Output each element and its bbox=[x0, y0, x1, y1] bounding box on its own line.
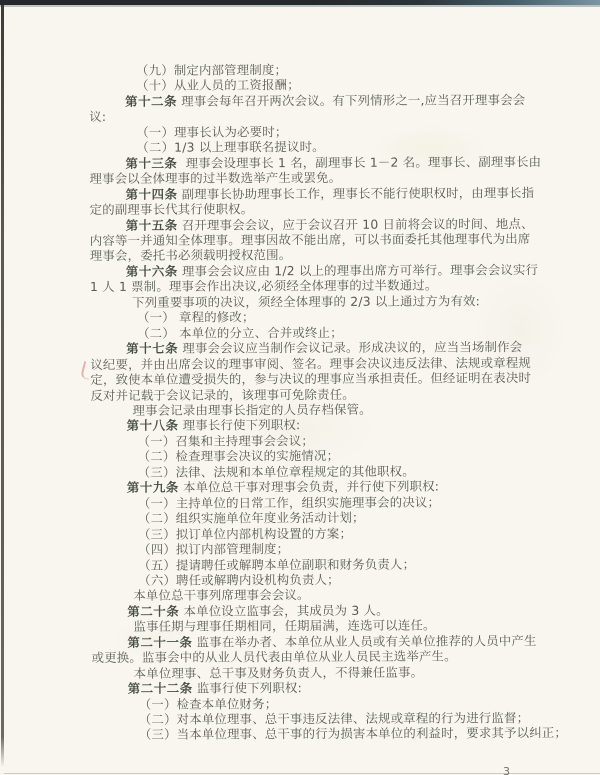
line-text: 副理事长协助理事长工作，理事长不能行使职权时，由理事长指 bbox=[178, 185, 535, 202]
line-text: 理事长行使下列职权: bbox=[179, 418, 301, 434]
line-text: 理事会会议应当制作会议记录。形成决议的，应当当场制作会 bbox=[178, 339, 522, 356]
line-text: （九）制定内部管理制度； bbox=[136, 62, 287, 78]
text-line: 第二十一条 监事在举办者、本单位从业人员或有关单位推荐的人员中产生 bbox=[91, 633, 561, 651]
article-number: 第二十一条 bbox=[127, 634, 192, 649]
line-text: （四）拟订内部管理制度； bbox=[138, 541, 289, 557]
scanned-document-page: { "colors": { "paper": "#f8f6ef", "ink":… bbox=[0, 0, 600, 775]
text-line: 第十六条 理事会会议应由 1/2 以上的理事出席方可举行。理事会会议实行 bbox=[90, 262, 560, 280]
line-text: （二）1/3 以上理事联名提议时。 bbox=[136, 139, 324, 155]
line-text: 内容等一并通知全体理事。理事因故不能出席，可以书面委托其他理事代为出席 bbox=[90, 231, 531, 248]
document-lines: （九）制定内部管理制度；（十）从业人员的工资报酬；第十二条 理事会每年召开两次会… bbox=[89, 61, 562, 743]
line-text: 议纪要，并由出席会议的理事审阅、签名。理事会决议违反法律、法规或章程规 bbox=[90, 355, 531, 372]
article-number: 第二十条 bbox=[127, 603, 179, 618]
line-text: 或更换。监事会中的从业人员代表由单位从业人员民主选举产生。 bbox=[92, 649, 457, 666]
line-text: 理事会，委托书必须载明授权范围。 bbox=[90, 248, 292, 264]
line-text: 监事任期与理事任期相同，任期届满，连选可以连任。 bbox=[133, 618, 435, 634]
line-text: （一）检查本单位财务； bbox=[139, 696, 278, 712]
article-number: 第十六条 bbox=[126, 264, 178, 279]
scan-top-edge-shadow bbox=[0, 5, 600, 7]
line-text: （一） 章程的修改； bbox=[137, 310, 255, 326]
article-number: 第二十二条 bbox=[128, 681, 193, 696]
line-text: 定，致使本单位遭受损失的，参与决议的理事应当承担责任。但经证明在表决时 bbox=[90, 370, 531, 387]
line-text: （三）当本单位理事、总干事的行为损害本单位的利益时，要求其予以纠正； bbox=[139, 725, 567, 742]
article-number: 第十三条 bbox=[125, 155, 177, 170]
text-line: 第十四条 副理事长协助理事长工作，理事长不能行使职权时，由理事长指 bbox=[90, 185, 560, 203]
line-text: （一）主持单位的日常工作，组织实施理事会的决议； bbox=[138, 494, 440, 510]
line-text: （三）法律、法规和本单位章程规定的其他职权。 bbox=[138, 463, 415, 479]
line-text: （二） 本单位的分立、合并或终止； bbox=[137, 325, 343, 341]
text-line: 第十二条 理事会每年召开两次会议。有下列情形之一,应当召开理事会会 bbox=[89, 92, 559, 110]
line-text: 本单位总干事列席理事会会议。 bbox=[133, 587, 309, 603]
line-text: （一）召集和主持理事会会议； bbox=[138, 433, 314, 449]
scan-bottom-edge bbox=[4, 773, 600, 774]
line-text: 定的副理事长代其行使职权。 bbox=[90, 201, 254, 217]
line-text: 监事行使下列职权: bbox=[193, 680, 302, 695]
article-number: 第十四条 bbox=[126, 186, 178, 201]
line-text: 议: bbox=[89, 109, 106, 124]
scan-left-edge bbox=[1, 5, 4, 767]
text-line: 内容等一并通知全体理事。理事因故不能出席，可以书面委托其他理事代为出席 bbox=[90, 231, 560, 249]
page-number: 3 bbox=[503, 765, 510, 775]
text-line: 定，致使本单位遭受损失的，参与决议的理事应当承担责任。但经证明在表决时 bbox=[90, 370, 560, 388]
line-text: 本单位设立监事会，其成员为 3 人。 bbox=[179, 603, 388, 619]
line-text: 理事会会议应由 1/2 以上的理事出席方可举行。理事会会议实行 bbox=[178, 262, 538, 279]
article-number: 第十二条 bbox=[125, 94, 177, 109]
article-number: 第十八条 bbox=[127, 418, 179, 433]
line-text: （二）对本单位理事、总干事违反法律、法规或章程的行为进行监督； bbox=[139, 710, 529, 727]
line-text: 本单位总干事对理事会负责，并行使下列职权: bbox=[179, 479, 439, 495]
line-text: 监事在举办者、本单位从业人员或有关单位推荐的人员中产生 bbox=[192, 633, 536, 650]
line-text: 1 人 1 票制。理事会作出决议,必须经全体理事的过半数通过。 bbox=[90, 278, 438, 295]
article-number: 第十五条 bbox=[126, 217, 178, 232]
line-text: （一）理事长认为必要时； bbox=[136, 124, 287, 140]
line-text: 理事会设理事长 1 名，副理事长 1－2 名。理事长、副理事长由 bbox=[177, 154, 541, 171]
article-number: 第十九条 bbox=[127, 480, 179, 495]
line-text: （五）提请聘任或解聘本单位副职和财务负责人； bbox=[138, 556, 415, 572]
line-text: （二）组织实施单位年度业务活动计划； bbox=[138, 510, 365, 526]
text-line: 第十三条 理事会设理事长 1 名，副理事长 1－2 名。理事长、副理事长由 bbox=[89, 154, 559, 172]
line-text: 理事会记录由理事长指定的人员存档保管。 bbox=[132, 402, 371, 418]
line-text: 本单位理事、总干事及财务负责人，不得兼任监事。 bbox=[134, 664, 424, 680]
line-text: 召开理事会会议，应于会议召开 10 日前将会议的时间、地点、 bbox=[178, 216, 534, 233]
line-text: 下列重要事项的决议，须经全体理事的 2/3 以上通过方为有效: bbox=[132, 293, 480, 310]
line-text: （三）拟订单位内部机构设置的方案； bbox=[138, 525, 352, 541]
line-text: （十）从业人员的工资报酬； bbox=[136, 78, 300, 94]
text-line: （三）当本单位理事、总干事的行为损害本单位的利益时，要求其予以纠正； bbox=[92, 725, 562, 743]
article-number: 第十七条 bbox=[126, 341, 178, 356]
line-text: 理事会每年召开两次会议。有下列情形之一,应当召开理事会会 bbox=[177, 92, 525, 109]
line-text: 反对并记载于会议记录的，该理事可免除责任。 bbox=[90, 386, 354, 402]
line-text: 理事会以全体理事的过半数选举产生或罢免。 bbox=[89, 170, 341, 186]
line-text: （六）聘任或解聘内设机构负责人； bbox=[138, 572, 340, 588]
line-text: （二）检查理事会决议的实施情况； bbox=[138, 448, 340, 464]
